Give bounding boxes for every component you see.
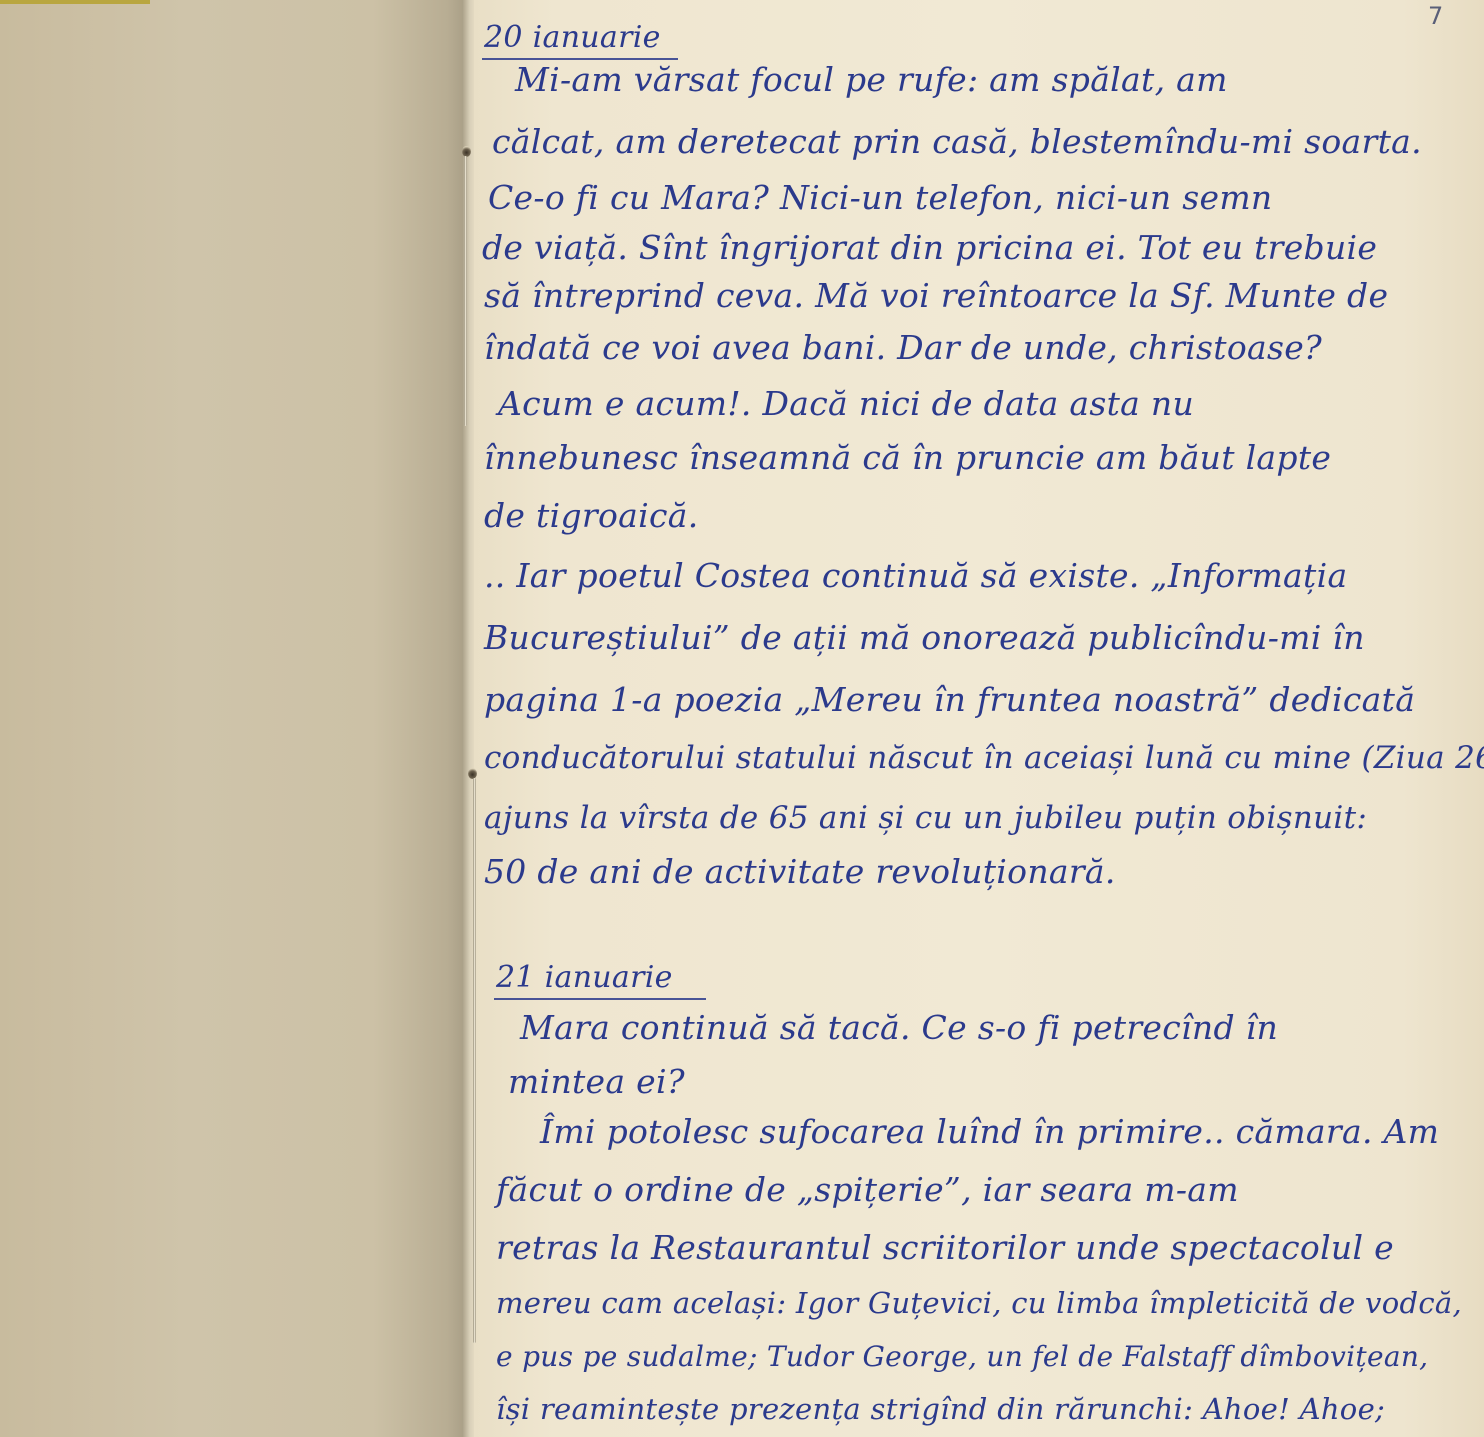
entry-line: înnebunesc înseamnă că în pruncie am bău… (484, 438, 1331, 477)
entry-line: de viață. Sînt îngrijorat din pricina ei… (482, 228, 1377, 267)
entry-line: mintea ei? (508, 1062, 685, 1101)
entry-line: își reamintește prezența strigînd din ră… (496, 1392, 1385, 1426)
stitch-hole-icon (462, 146, 471, 157)
entry-date-heading: 21 ianuarie (496, 960, 673, 995)
entry-line: pagina 1-a poezia „Mereu în fruntea noas… (484, 680, 1415, 719)
date-underline (494, 998, 706, 1000)
left-page-blank (0, 0, 466, 1437)
entry-line: să întreprind ceva. Mă voi reîntoarce la… (484, 276, 1388, 315)
entry-date-heading: 20 ianuarie (484, 20, 661, 55)
entry-line: Ce-o fi cu Mara? Nici-un telefon, nici-u… (488, 178, 1272, 217)
entry-line: .. Iar poetul Costea continuă să existe.… (484, 556, 1347, 595)
entry-line: Acum e acum!. Dacă nici de data asta nu (498, 384, 1194, 423)
entry-line: făcut o ordine de „spițerie”, iar seara … (496, 1170, 1239, 1209)
entry-line: de tigroaică. (484, 496, 699, 535)
entry-line: Bucureștiului” de ații mă onorează publi… (484, 618, 1365, 657)
binding-thread-lower (473, 778, 476, 1343)
entry-line: îndată ce voi avea bani. Dar de unde, ch… (484, 328, 1322, 367)
entry-line: Îmi potolesc sufocarea luînd în primire.… (540, 1112, 1439, 1151)
entry-line: călcat, am deretecat prin casă, blestemî… (492, 122, 1422, 161)
entry-line: 50 de ani de activitate revoluționară. (484, 852, 1116, 891)
entry-line: Mara continuă să tacă. Ce s-o fi petrecî… (520, 1008, 1278, 1047)
stitch-hole-icon (468, 768, 477, 779)
page-number: 7 (1428, 2, 1443, 30)
entry-line: mereu cam același: Igor Guțevici, cu lim… (496, 1286, 1462, 1320)
entry-line: ajuns la vîrsta de 65 ani și cu un jubil… (484, 800, 1367, 836)
entry-line: Mi-am vărsat focul pe rufe: am spălat, a… (515, 60, 1228, 99)
binding-thread-upper (464, 156, 467, 426)
entry-line: e pus pe sudalme; Tudor George, un fel d… (496, 1340, 1428, 1373)
cover-edge (0, 0, 150, 4)
entry-line: conducătorului statului născut în aceiaș… (484, 740, 1484, 776)
entry-line: retras la Restaurantul scriitorilor unde… (496, 1228, 1394, 1267)
